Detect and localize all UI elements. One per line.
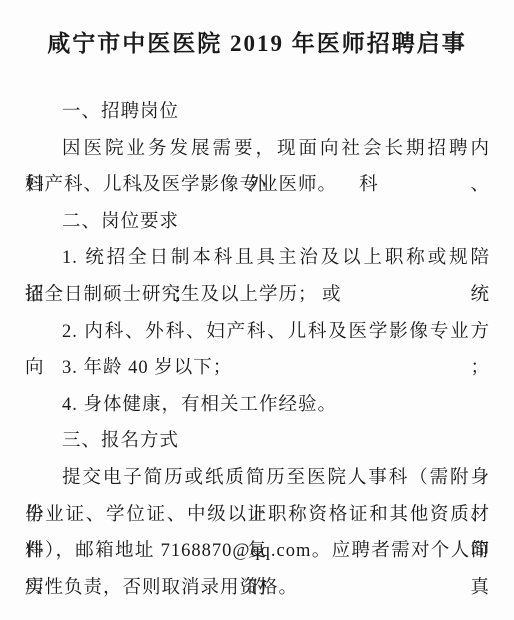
section-2-heading: 二、岗位要求	[25, 204, 490, 241]
application-para-line-2: 毕业证、学位证、中级以上职称资格证和其他资质材料复印	[25, 497, 490, 534]
section-1-para-line-1: 因医院业务发展需要，现面向社会长期招聘内科、外科、	[25, 131, 490, 168]
application-para-line-1: 提交电子简历或纸质简历至医院人事科（需附身份证、	[25, 460, 490, 497]
requirement-2: 2. 内科、外科、妇产科、儿科及医学影像专业方向；	[25, 314, 490, 351]
section-1-heading: 一、招聘岗位	[25, 94, 490, 131]
document-title: 咸宁市中医医院 2019 年医师招聘启事	[0, 0, 514, 58]
requirement-1-line-1: 1. 统招全日制本科且具主治及以上职称或规陪证；或统	[25, 240, 490, 277]
requirement-4: 4. 身体健康，有相关工作经验。	[25, 387, 490, 424]
document-body: 一、招聘岗位 因医院业务发展需要，现面向社会长期招聘内科、外科、 妇产科、儿科及…	[25, 94, 490, 606]
application-para-line-3: 件），邮箱地址 7168870@qq.com。应聘者需对个人简历的真	[25, 533, 490, 570]
section-3-heading: 三、报名方式	[25, 423, 490, 460]
scanned-document-page: 咸宁市中医医院 2019 年医师招聘启事 一、招聘岗位 因医院业务发展需要，现面…	[0, 0, 514, 620]
